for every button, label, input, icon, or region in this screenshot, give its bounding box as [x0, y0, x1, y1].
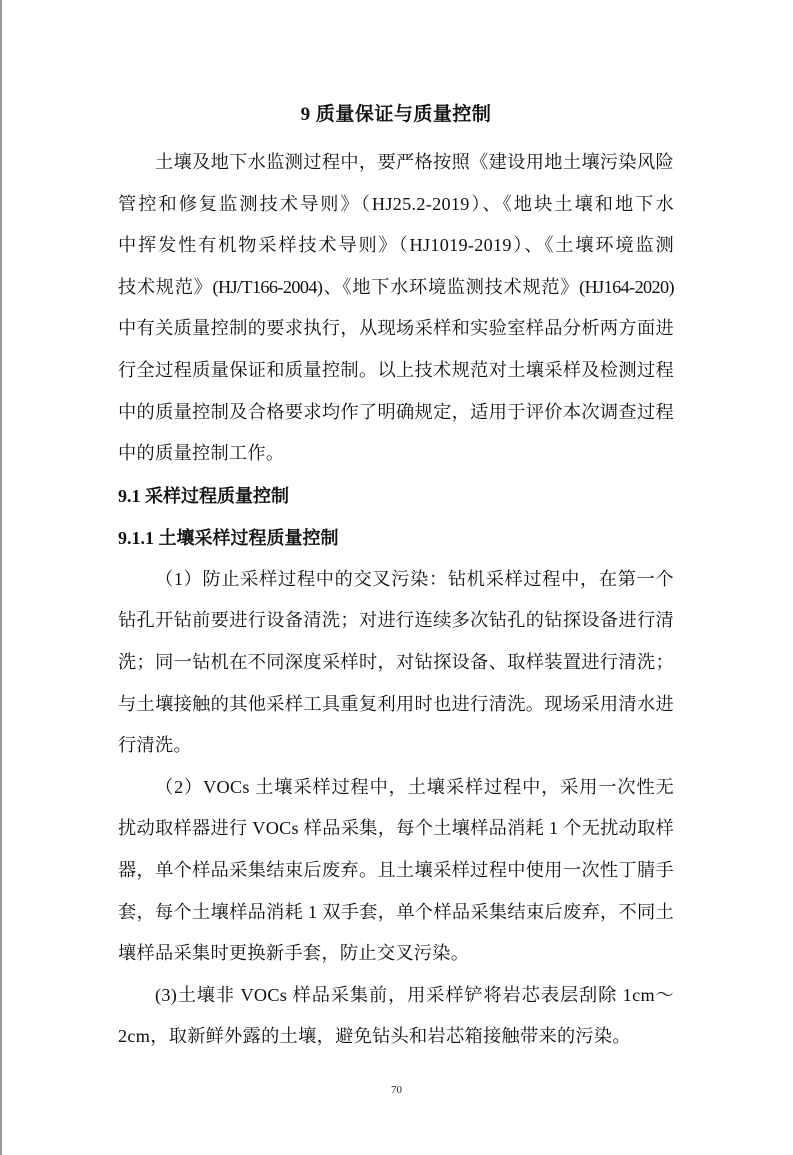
- document-page: 9 质量保证与质量控制 土壤及地下水监测过程中，要严格按照《建设用地土壤污染风险…: [118, 100, 674, 1058]
- paragraph-line: 管控和修复监测技术导则》（HJ25.2-2019）、《地块土壤和地下水: [118, 184, 674, 226]
- paragraph-line: 行全过程质量保证和质量控制。以上技术规范对土壤采样及检测过程: [118, 350, 674, 392]
- paragraph-line: （2）VOCs 土壤采样过程中，土壤采样过程中，采用一次性无: [118, 767, 674, 809]
- paragraph-line: 壤样品采集时更换新手套，防止交叉污染。: [118, 933, 674, 975]
- paragraph-line: 器，单个样品采集结束后废弃。且土壤采样过程中使用一次性丁腈手: [118, 850, 674, 892]
- paragraph-line: 中有关质量控制的要求执行，从现场采样和实验室样品分析两方面进: [118, 308, 674, 350]
- paragraph-line: 套，每个土壤样品消耗 1 双手套，单个样品采集结束后废弃，不同土: [118, 892, 674, 934]
- paragraph-line: (3)土壤非 VOCs 样品采集前，用采样铲将岩芯表层刮除 1cm～: [118, 975, 674, 1017]
- paragraph-line: 中的质量控制工作。: [118, 433, 674, 475]
- page-number: 70: [0, 1084, 793, 1096]
- item-1-paragraph: （1）防止采样过程中的交叉污染：钻机采样过程中，在第一个 钻孔开钻前要进行设备清…: [118, 559, 674, 767]
- subsubsection-heading: 9.1.1 土壤采样过程质量控制: [118, 517, 674, 559]
- paragraph-line: 行清洗。: [118, 725, 674, 767]
- section-title: 9 质量保证与质量控制: [118, 100, 674, 130]
- paragraph-line: （1）防止采样过程中的交叉污染：钻机采样过程中，在第一个: [118, 559, 674, 601]
- item-3-paragraph: (3)土壤非 VOCs 样品采集前，用采样铲将岩芯表层刮除 1cm～ 2cm，取…: [118, 975, 674, 1058]
- paragraph-line: 2cm，取新鲜外露的土壤，避免钻头和岩芯箱接触带来的污染。: [118, 1016, 674, 1058]
- page-left-border: [0, 0, 2, 1155]
- paragraph-line: 洗；同一钻机在不同深度采样时，对钻探设备、取样装置进行清洗；: [118, 642, 674, 684]
- paragraph-line: 中的质量控制及合格要求均作了明确规定，适用于评价本次调查过程: [118, 392, 674, 434]
- paragraph-line: 土壤及地下水监测过程中，要严格按照《建设用地土壤污染风险: [118, 142, 674, 184]
- item-2-paragraph: （2）VOCs 土壤采样过程中，土壤采样过程中，采用一次性无 扰动取样器进行 V…: [118, 767, 674, 975]
- paragraph-line: 扰动取样器进行 VOCs 样品采集，每个土壤样品消耗 1 个无扰动取样: [118, 808, 674, 850]
- paragraph-line: 与土壤接触的其他采样工具重复利用时也进行清洗。现场采用清水进: [118, 684, 674, 726]
- paragraph-line: 中挥发性有机物采样技术导则》（HJ1019-2019）、《土壤环境监测: [118, 225, 674, 267]
- subsection-heading: 9.1 采样过程质量控制: [118, 475, 674, 517]
- intro-paragraph: 土壤及地下水监测过程中，要严格按照《建设用地土壤污染风险 管控和修复监测技术导则…: [118, 142, 674, 475]
- paragraph-line: 技术规范》(HJ/T166-2004)、《地下水环境监测技术规范》(HJ164-…: [118, 267, 674, 309]
- paragraph-line: 钻孔开钻前要进行设备清洗；对进行连续多次钻孔的钻探设备进行清: [118, 600, 674, 642]
